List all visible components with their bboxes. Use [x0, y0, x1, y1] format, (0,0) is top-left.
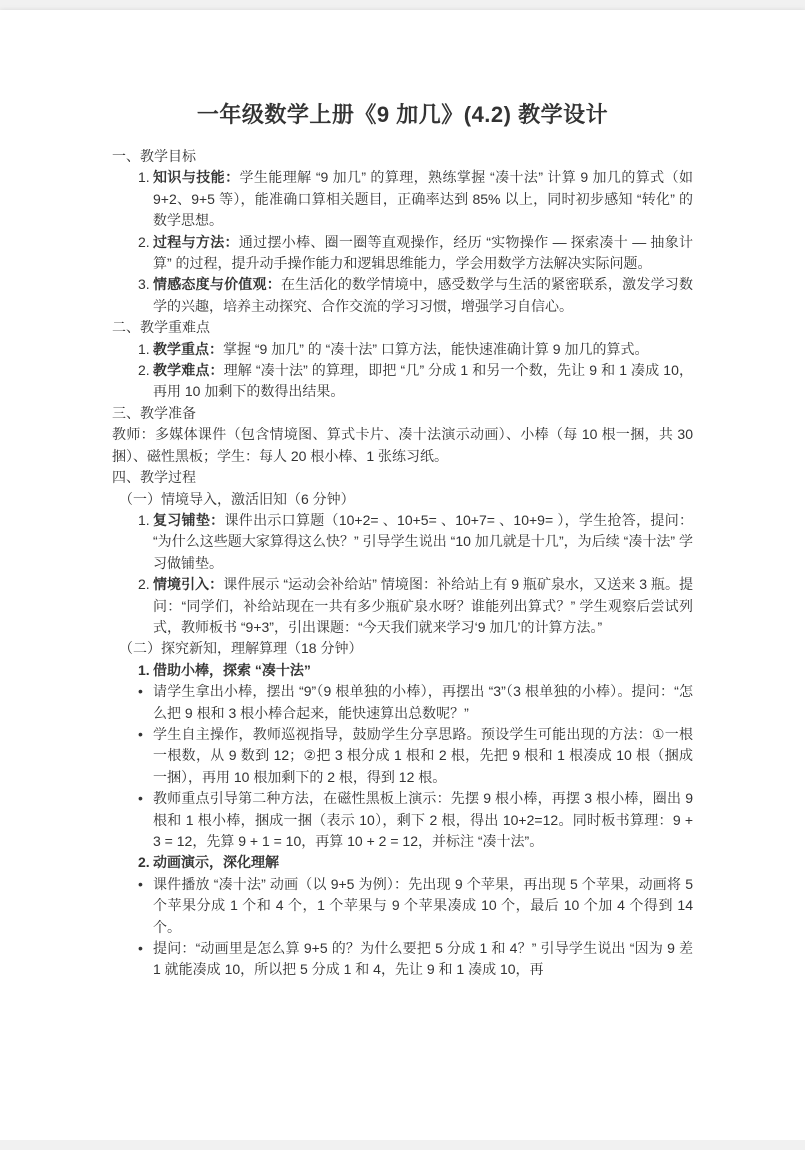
- bullet-icon: •: [138, 681, 143, 702]
- numbered-list-item: 2.过程与方法：通过摆小棒、圈一圈等直观操作，经历 “实物操作 — 探索凑十 —…: [112, 232, 693, 275]
- item-text: 请学生拿出小棒，摆出 “9”（9 根单独的小棒），再摆出 “3”（3 根单独的小…: [153, 683, 693, 720]
- item-label: 知识与技能：: [153, 169, 239, 185]
- bullet-list-item: •学生自主操作，教师巡视指导，鼓励学生分享思路。预设学生可能出现的方法：①一根一…: [112, 724, 693, 788]
- item-text: 理解 “凑十法” 的算理，即把 “几” 分成 1 和另一个数，先让 9 和 1 …: [153, 362, 693, 399]
- item-text: 课件展示 “运动会补给站” 情境图：补给站上有 9 瓶矿泉水，又送来 3 瓶。提…: [153, 576, 693, 635]
- item-text: 提问：“动画里是怎么算 9+5 的？为什么要把 5 分成 1 和 4？” 引导学…: [153, 940, 693, 977]
- numbered-list-item: 2.教学难点：理解 “凑十法” 的算理，即把 “几” 分成 1 和另一个数，先让…: [112, 360, 693, 403]
- section-heading: 二、教学重难点: [112, 317, 693, 338]
- document-viewer: 一年级数学上册《9 加几》(4.2) 教学设计 一、教学目标1.知识与技能：学生…: [0, 0, 805, 1150]
- item-number: 1.: [138, 339, 150, 360]
- item-number: 3.: [138, 274, 150, 295]
- subsection-heading: （二）探究新知，理解算理（18 分钟）: [112, 638, 693, 659]
- item-label: 情感态度与价值观：: [153, 276, 281, 292]
- item-number: 1.: [138, 660, 150, 681]
- item-label: 教学难点：: [153, 362, 224, 378]
- document-body: 一、教学目标1.知识与技能：学生能理解 “9 加几” 的算理，熟练掌握 “凑十法…: [112, 146, 693, 981]
- item-text: 课件出示口算题（10+2= 、10+5= 、10+7= 、10+9= ），学生抢…: [153, 512, 693, 571]
- section-heading: 三、教学准备: [112, 403, 693, 424]
- bullet-icon: •: [138, 938, 143, 959]
- item-number: 2.: [138, 574, 150, 595]
- numbered-list-item: 2.动画演示，深化理解: [112, 852, 693, 873]
- section-heading: 一、教学目标: [112, 146, 693, 167]
- bullet-list-item: •课件播放 “凑十法” 动画（以 9+5 为例）：先出现 9 个苹果，再出现 5…: [112, 874, 693, 938]
- numbered-list-item: 1.知识与技能：学生能理解 “9 加几” 的算理，熟练掌握 “凑十法” 计算 9…: [112, 167, 693, 231]
- item-number: 2.: [138, 232, 150, 253]
- numbered-list-item: 3.情感态度与价值观：在生活化的数学情境中，感受数学与生活的紧密联系，激发学习数…: [112, 274, 693, 317]
- viewer-gutter-top: [0, 0, 805, 10]
- bullet-list-item: •请学生拿出小棒，摆出 “9”（9 根单独的小棒），再摆出 “3”（3 根单独的…: [112, 681, 693, 724]
- document-page: 一年级数学上册《9 加几》(4.2) 教学设计 一、教学目标1.知识与技能：学生…: [0, 10, 805, 1140]
- numbered-list-item: 2.情境引入：课件展示 “运动会补给站” 情境图：补给站上有 9 瓶矿泉水，又送…: [112, 574, 693, 638]
- numbered-list-item: 1.借助小棒，探索 “凑十法”: [112, 660, 693, 681]
- bullet-list-item: •提问：“动画里是怎么算 9+5 的？为什么要把 5 分成 1 和 4？” 引导…: [112, 938, 693, 981]
- item-number: 1.: [138, 167, 150, 188]
- paragraph: 教师：多媒体课件（包含情境图、算式卡片、凑十法演示动画）、小棒（每 10 根一捆…: [112, 424, 693, 467]
- document-title: 一年级数学上册《9 加几》(4.2) 教学设计: [112, 10, 693, 130]
- item-number: 1.: [138, 510, 150, 531]
- viewer-gutter-bottom: [0, 1140, 805, 1150]
- item-text: 课件播放 “凑十法” 动画（以 9+5 为例）：先出现 9 个苹果，再出现 5 …: [153, 876, 693, 935]
- section-heading: 四、教学过程: [112, 467, 693, 488]
- bullet-icon: •: [138, 724, 143, 745]
- item-label: 教学重点：: [153, 341, 223, 357]
- item-number: 2.: [138, 360, 150, 381]
- item-text: 学生自主操作，教师巡视指导，鼓励学生分享思路。预设学生可能出现的方法：①一根一根…: [153, 726, 693, 785]
- numbered-list-item: 1.教学重点：掌握 “9 加几” 的 “凑十法” 口算方法，能快速准确计算 9 …: [112, 339, 693, 360]
- bullet-icon: •: [138, 874, 143, 895]
- subsection-heading: （一）情境导入，激活旧知（6 分钟）: [112, 489, 693, 510]
- item-label: 过程与方法：: [153, 234, 239, 250]
- item-label: 借助小棒，探索 “凑十法”: [153, 662, 311, 678]
- item-text: 教师重点引导第二种方法，在磁性黑板上演示：先摆 9 根小棒，再摆 3 根小棒，圈…: [153, 790, 693, 849]
- item-number: 2.: [138, 852, 150, 873]
- item-label: 情境引入：: [153, 576, 223, 592]
- bullet-icon: •: [138, 788, 143, 809]
- item-label: 复习铺垫：: [153, 512, 224, 528]
- numbered-list-item: 1.复习铺垫：课件出示口算题（10+2= 、10+5= 、10+7= 、10+9…: [112, 510, 693, 574]
- item-text: 掌握 “9 加几” 的 “凑十法” 口算方法，能快速准确计算 9 加几的算式。: [223, 341, 648, 357]
- item-label: 动画演示，深化理解: [153, 854, 279, 870]
- bullet-list-item: •教师重点引导第二种方法，在磁性黑板上演示：先摆 9 根小棒，再摆 3 根小棒，…: [112, 788, 693, 852]
